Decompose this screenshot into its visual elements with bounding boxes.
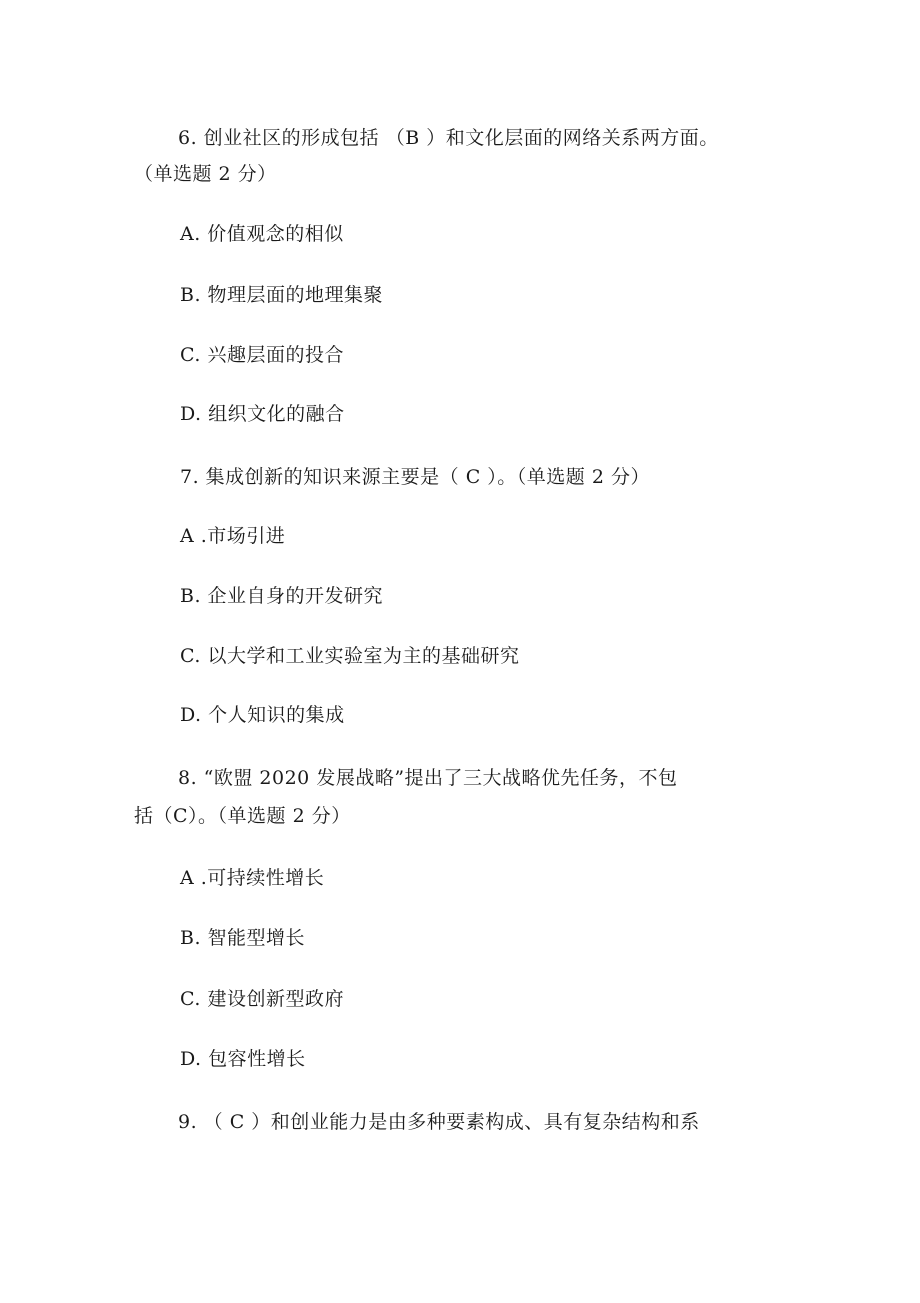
question-8-option-a: A .可持续性增长: [180, 866, 324, 890]
question-8-option-d: D. 包容性增长: [180, 1047, 306, 1071]
question-6-option-d: D. 组织文化的融合: [180, 402, 345, 426]
question-6-option-b: B. 物理层面的地理集聚: [180, 283, 383, 307]
question-8-text-cont: 括（C）。（单选题 2 分）: [134, 804, 351, 828]
question-6-text-cont: （单选题 2 分）: [134, 162, 277, 186]
question-8-option-c: C. 建设创新型政府: [180, 987, 344, 1011]
question-7-option-c: C. 以大学和工业实验室为主的基础研究: [180, 644, 519, 668]
question-7-option-b: B. 企业自身的开发研究: [180, 584, 383, 608]
question-6-option-c: C. 兴趣层面的投合: [180, 343, 344, 367]
question-7-option-a: A .市场引进: [180, 524, 285, 548]
question-7-text: 7. 集成创新的知识来源主要是（ C ）。（单选题 2 分）: [180, 465, 650, 489]
question-8-option-b: B. 智能型增长: [180, 926, 305, 950]
question-9-text: 9. （ C ）和创业能力是由多种要素构成、具有复杂结构和系: [178, 1110, 700, 1134]
question-7-option-d: D. 个人知识的集成: [180, 703, 345, 727]
question-6-option-a: A. 价值观念的相似: [180, 222, 344, 246]
question-8-text: 8. “欧盟 2020 发展战略”提出了三大战略优先任务，不包: [178, 766, 678, 790]
question-6-text: 6. 创业社区的形成包括 （B ）和文化层面的网络关系两方面。: [178, 126, 719, 150]
